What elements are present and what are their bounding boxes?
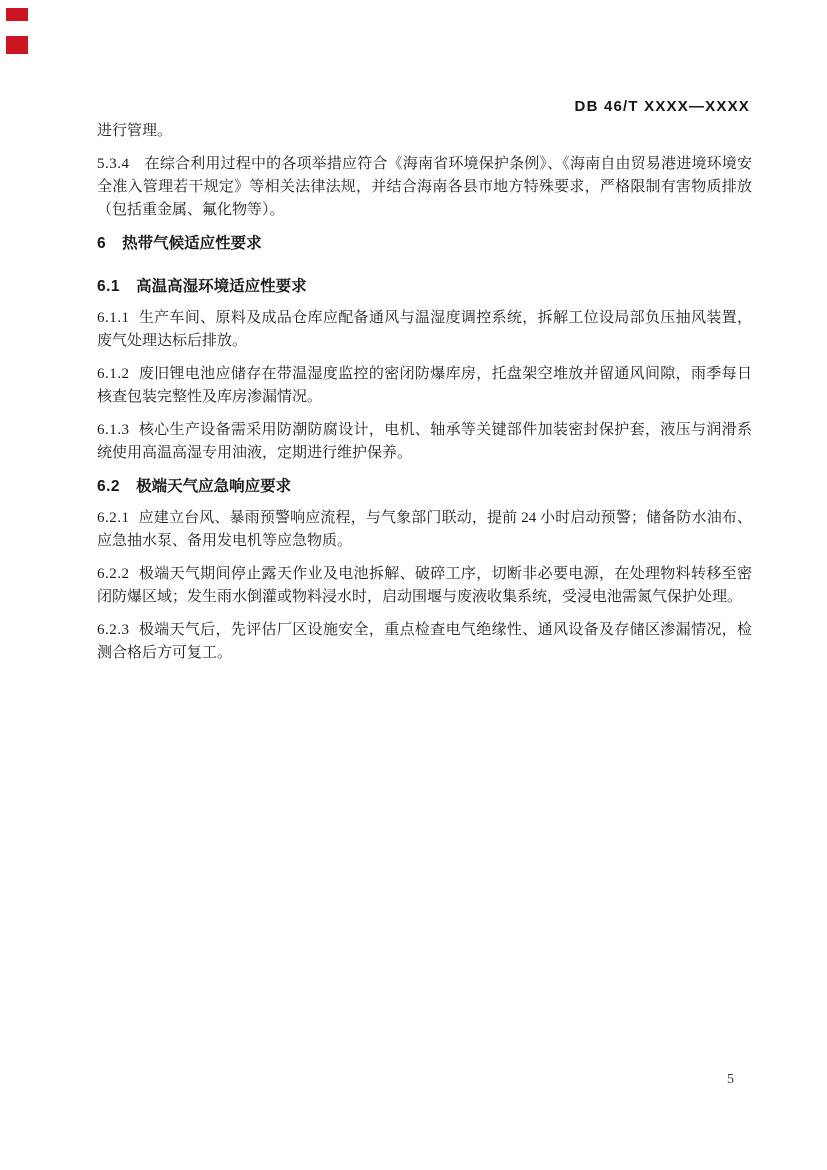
section-title: 高温高湿环境适应性要求 (136, 278, 307, 295)
clause-number: 6.2.1 (97, 510, 130, 526)
clause-text: 应建立台风、暴雨预警响应流程，与气象部门联动，提前 24 小时启动预警；储备防水… (97, 510, 752, 549)
clause-number: 6.2.3 (97, 622, 130, 638)
document-page: DB 46/T XXXX—XXXX 进行管理。 5.3.4在综合利用过程中的各项… (0, 0, 827, 1170)
clause-text: 在综合利用过程中的各项举措应符合《海南省环境保护条例》、《海南自由贸易港进境环境… (97, 156, 752, 218)
red-annotation-mark-bottom (6, 36, 28, 54)
clause-6-2-3: 6.2.3极端天气后，先评估厂区设施安全，重点检查电气绝缘性、通风设备及存储区渗… (97, 619, 752, 665)
section-number: 6.2 (97, 478, 120, 495)
clause-number: 6.1.3 (97, 422, 130, 438)
clause-6-1-1: 6.1.1生产车间、原料及成品仓库应配备通风与温湿度调控系统，拆解工位设局部负压… (97, 307, 752, 353)
clause-number: 5.3.4 (97, 156, 130, 172)
clause-6-1-3: 6.1.3核心生产设备需采用防潮防腐设计，电机、轴承等关键部件加装密封保护套，液… (97, 419, 752, 465)
clause-number: 6.1.2 (97, 366, 130, 382)
clause-text: 极端天气期间停止露天作业及电池拆解、破碎工序，切断非必要电源，在处理物料转移至密… (97, 566, 752, 605)
clause-number: 6.1.1 (97, 310, 130, 326)
clause-number: 6.2.2 (97, 566, 130, 582)
section-number: 6 (97, 235, 106, 252)
section-heading-6-1: 6.1高温高湿环境适应性要求 (97, 275, 752, 298)
document-body: 进行管理。 5.3.4在综合利用过程中的各项举措应符合《海南省环境保护条例》、《… (97, 120, 752, 675)
clause-6-2-1: 6.2.1应建立台风、暴雨预警响应流程，与气象部门联动，提前 24 小时启动预警… (97, 507, 752, 553)
clause-text: 生产车间、原料及成品仓库应配备通风与温湿度调控系统，拆解工位设局部负压抽风装置，… (97, 310, 752, 349)
section-number: 6.1 (97, 278, 120, 295)
clause-5-3-4: 5.3.4在综合利用过程中的各项举措应符合《海南省环境保护条例》、《海南自由贸易… (97, 153, 752, 222)
section-title: 极端天气应急响应要求 (136, 478, 291, 495)
clause-text: 核心生产设备需采用防潮防腐设计，电机、轴承等关键部件加装密封保护套，液压与润滑系… (97, 422, 752, 461)
section-title: 热带气候适应性要求 (122, 235, 262, 252)
red-annotation-mark-top (6, 8, 28, 21)
continuation-paragraph: 进行管理。 (97, 120, 752, 143)
section-heading-6-2: 6.2极端天气应急响应要求 (97, 475, 752, 498)
paragraph-text: 进行管理。 (97, 123, 172, 139)
clause-text: 废旧锂电池应储存在带温湿度监控的密闭防爆库房，托盘架空堆放并留通风间隙，雨季每日… (97, 366, 752, 405)
clause-text: 极端天气后，先评估厂区设施安全，重点检查电气绝缘性、通风设备及存储区渗漏情况，检… (97, 622, 752, 661)
page-number: 5 (727, 1072, 734, 1088)
clause-6-1-2: 6.1.2废旧锂电池应储存在带温湿度监控的密闭防爆库房，托盘架空堆放并留通风间隙… (97, 363, 752, 409)
clause-6-2-2: 6.2.2极端天气期间停止露天作业及电池拆解、破碎工序，切断非必要电源，在处理物… (97, 563, 752, 609)
standard-code-header: DB 46/T XXXX—XXXX (575, 98, 750, 115)
section-heading-6: 6热带气候适应性要求 (97, 232, 752, 255)
